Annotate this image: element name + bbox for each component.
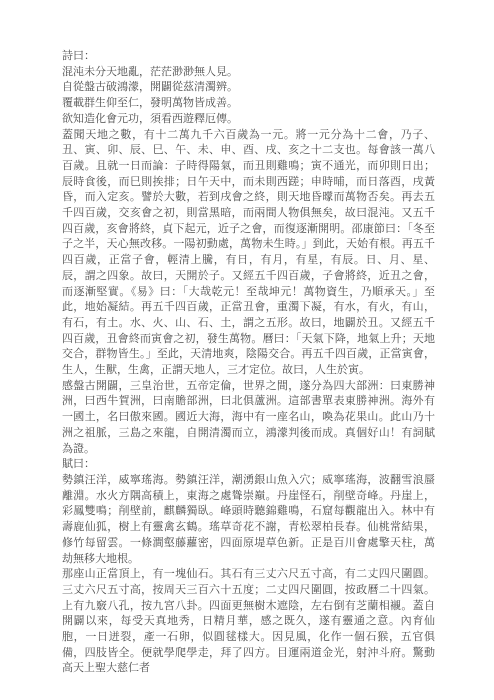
poem-line: 自從盤古破鴻濛，開闢從茲清濁辨。 [62,80,435,96]
poem-line: 混沌未分天地亂，茫茫渺渺無人見。 [62,65,435,81]
poem-header: 詩曰： [62,49,435,65]
fu-paragraph: 勢鎮汪洋，威寧瑤海。勢鎮汪洋，潮湧銀山魚入穴；威寧瑤海，波翻雪浪蜃離淵。水火方隅… [62,473,435,567]
prose-paragraph: 那座山正當頂上，有一塊仙石。其石有三丈六尺五寸高，有二丈四尺圍圓。三丈六尺五寸高… [62,567,435,677]
text-block: 詩曰：混沌未分天地亂，茫茫渺渺無人見。自從盤古破鴻濛，開闢從茲清濁辨。覆載群生仰… [62,49,435,677]
poem-line: 覆載群生仰至仁，發明萬物皆成善。 [62,96,435,112]
fu-header: 賦曰： [62,457,435,473]
prose-paragraph: 蓋聞天地之數，有十二萬九千六百歲為一元。將一元分為十二會，乃子、丑、寅、卯、辰、… [62,128,435,379]
book-page: 詩曰：混沌未分天地亂，茫茫渺渺無人見。自從盤古破鴻濛，開闢從茲清濁辨。覆載群生仰… [0,0,494,700]
prose-paragraph: 感盤古開闢，三皇治世，五帝定倫，世界之間，遂分為四大部洲：曰東勝神洲，曰西牛賀洲… [62,379,435,458]
poem-line: 欲知造化會元功，須看西遊釋厄傳。 [62,112,435,128]
